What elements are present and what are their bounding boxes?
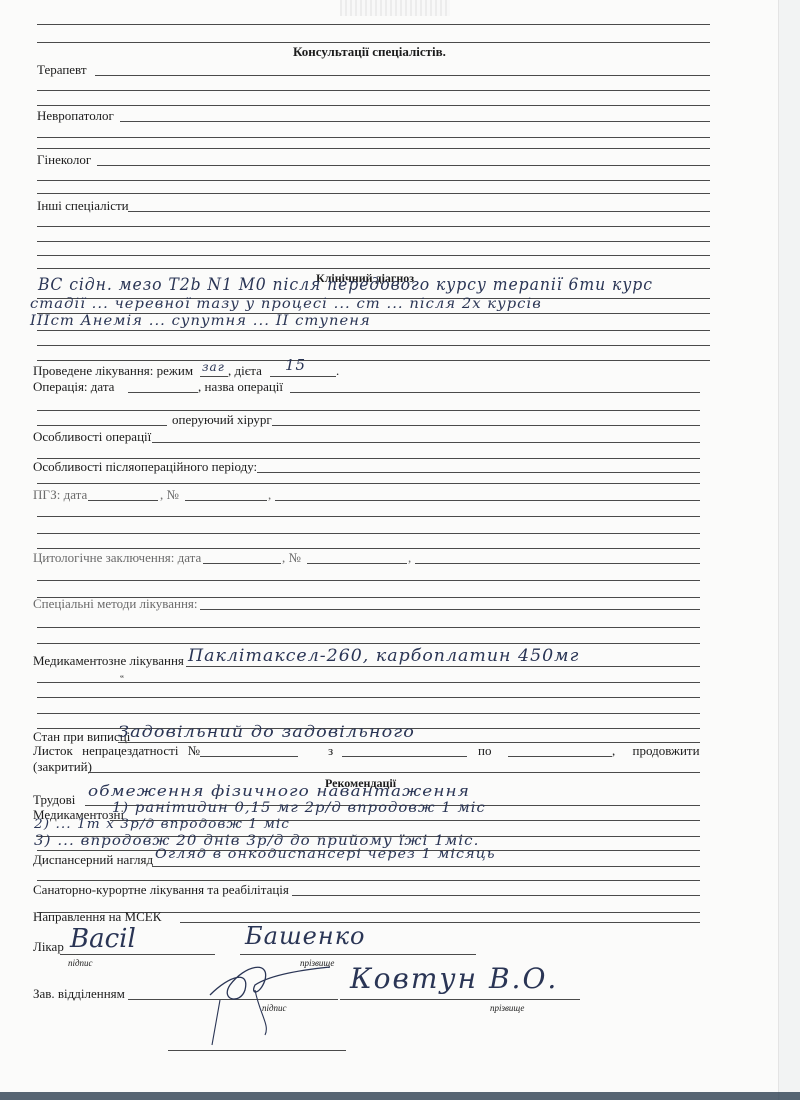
cytology-number-field[interactable] xyxy=(307,563,407,564)
pgz-date-label: ПГЗ: дата xyxy=(33,488,87,502)
postop-label: Особливості післяопераційного періоду: xyxy=(33,460,257,474)
scan-bottom-edge xyxy=(0,1092,800,1100)
discharge-state-value[interactable]: Задовільний до задовільного xyxy=(118,722,415,741)
doctor-surname: Башенко xyxy=(245,922,365,950)
medication-recommendation-1[interactable]: 1) ранітидин 0,15 мг 2р/д впродовж 1 міс xyxy=(112,800,486,816)
msek-label: Направлення на МСЕК xyxy=(33,910,161,924)
neurologist-field[interactable] xyxy=(120,121,710,122)
doctor-signature-caption: підпис xyxy=(68,958,93,968)
pgz-comma: , xyxy=(268,488,271,502)
medication-label: Медикаментозне лікування xyxy=(33,654,184,668)
gynecologist-field[interactable] xyxy=(97,165,710,166)
operation-date-field[interactable] xyxy=(128,392,198,393)
therapist-field[interactable] xyxy=(95,75,710,76)
gynecologist-label: Гінеколог xyxy=(37,153,91,167)
discharge-state-label: Стан при виписці xyxy=(33,730,130,744)
dispensary-label: Диспансерний нагляд xyxy=(33,853,153,867)
medication-recommendation-2[interactable]: 2) ... 1т х 3р/д впродовж 1 міс xyxy=(34,817,290,832)
treatment-regime-label: Проведене лікування: режим xyxy=(33,364,193,378)
sick-leave-from-label: з xyxy=(328,744,333,758)
sanatorium-field[interactable] xyxy=(292,895,700,896)
sick-leave-extend-label: , продовжити xyxy=(612,744,700,758)
surgeon-label: оперуючий хірург xyxy=(172,413,272,427)
stamp-mark xyxy=(340,0,450,16)
doctor-label: Лікар xyxy=(33,940,64,954)
diagnosis-line-3: IIIст Анемія ... супутня ... II ступеня xyxy=(30,313,371,329)
special-methods-label: Спеціальні методи лікування: xyxy=(33,597,198,611)
cytology-date-label: Цитологічне заключення: дата xyxy=(33,551,201,565)
cytology-comma: , xyxy=(408,551,411,565)
operation-name-field[interactable] xyxy=(290,392,700,393)
sick-leave-to-label: по xyxy=(478,744,491,758)
medical-discharge-form-page: Консультації спеціалістів. Терапевт Невр… xyxy=(0,0,800,1100)
sick-leave-to-field[interactable] xyxy=(508,756,612,757)
cytology-number-label: , № xyxy=(282,551,301,565)
labor-label: Трудові xyxy=(33,793,75,807)
pgz-date-field[interactable] xyxy=(88,500,158,501)
pgz-number-label: , № xyxy=(160,488,179,502)
diet-label: , дієта xyxy=(228,364,262,378)
operation-name-label: , назва операції xyxy=(198,380,283,394)
special-methods-field[interactable] xyxy=(200,609,700,610)
neurologist-label: Невропатолог xyxy=(37,109,114,123)
diet-period: . xyxy=(336,364,339,378)
head-signature-scribble xyxy=(200,955,340,1045)
operation-features-label: Особливості операції xyxy=(33,430,151,444)
sanatorium-label: Санаторно-курортне лікування та реабіліт… xyxy=(33,883,289,897)
other-specialists-field[interactable] xyxy=(128,211,710,212)
dispensary-value[interactable]: Огляд в онкодиспансері через 1 місяць xyxy=(155,847,496,862)
ink-mark: ‟ xyxy=(120,672,124,686)
medication-value[interactable]: Паклітаксел-260, карбоплатин 450мг xyxy=(188,646,579,666)
other-specialists-label: Інші спеціалісти xyxy=(37,199,129,213)
doctor-signature: Васil xyxy=(70,924,136,954)
postop-field[interactable] xyxy=(257,472,700,473)
diagnosis-line-2: стадії ... черевної тазу у процесі ... с… xyxy=(30,296,542,312)
diagnosis-line-1: ВС сідн. мезо Т2b N1 M0 після передового… xyxy=(38,275,653,295)
therapist-label: Терапевт xyxy=(37,63,87,77)
sick-leave-number-field[interactable] xyxy=(200,756,298,757)
head-surname: Ковтун В.О. xyxy=(350,962,558,995)
sick-leave-label: Листок непрацездатності № xyxy=(33,744,200,758)
head-signature-caption: підпис xyxy=(262,1003,287,1013)
scan-edge xyxy=(778,0,800,1100)
cytology-date-field[interactable] xyxy=(203,563,281,564)
operation-features-field[interactable] xyxy=(152,442,700,443)
sick-leave-closed-label: (закритий) xyxy=(33,760,92,774)
operation-date-label: Операція: дата xyxy=(33,380,114,394)
head-of-department-label: Зав. відділенням xyxy=(33,987,125,1001)
surgeon-field[interactable] xyxy=(272,425,700,426)
consultations-heading: Консультації спеціалістів. xyxy=(293,45,446,59)
sick-leave-from-field[interactable] xyxy=(342,756,467,757)
treatment-regime-value[interactable]: заг xyxy=(202,360,225,374)
pgz-number-field[interactable] xyxy=(185,500,267,501)
head-surname-caption: прізвище xyxy=(490,1003,524,1013)
diet-value[interactable]: 15 xyxy=(285,356,306,374)
labor-value[interactable]: обмеження фізичного навантаження xyxy=(88,782,470,800)
